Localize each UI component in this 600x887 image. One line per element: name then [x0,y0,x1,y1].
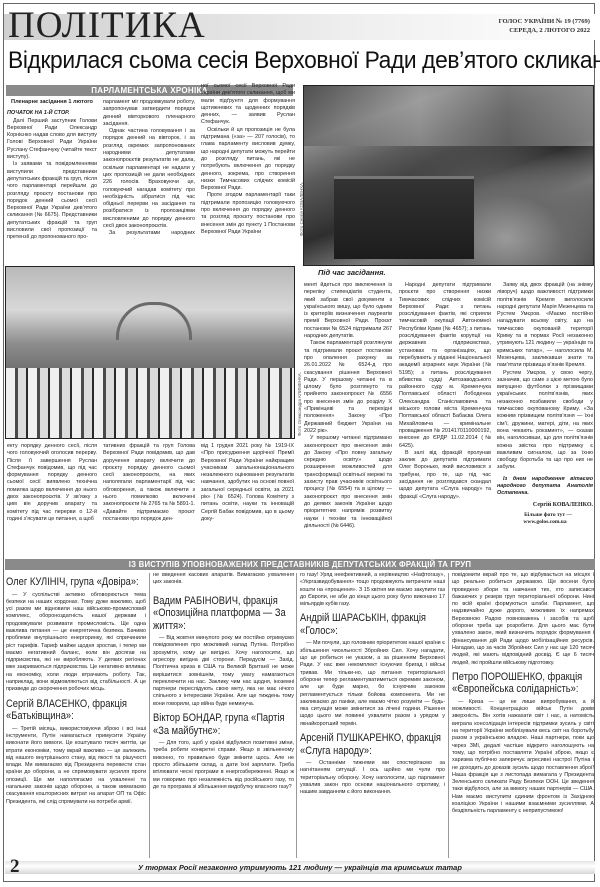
article-column-2: парламент міг продовжувати роботу, запро… [103,99,195,239]
photo-detail [6,368,295,438]
speaker-kulinich: Олег КУЛІНІЧ, група «Довіра»: [6,576,125,589]
photo-detail [116,302,192,340]
column-divider [448,573,449,858]
paragraph: тативних фракцій та груп Голова Верховно… [103,443,195,523]
dedication-note: Із днем народження вітаємо народного деп… [497,476,593,498]
paragraph: За результатами народних представників д… [103,230,195,239]
speech-text: — Криза — це не лише випробування, а й м… [452,699,594,816]
issue-date: СЕРЕДА, 2 ЛЮТОГО 2022 [499,26,591,35]
speech-text: — Від жовтня минулого року ми постійно о… [153,635,294,708]
column-divider [149,573,150,858]
photo-detail [334,176,474,259]
speech-column-4: повідомити вкрай про те, що відбувається… [452,572,594,859]
speech-text: — Третій місяць, використовуючи зброю і … [6,726,146,806]
paragraph: ної сьомої сесії Верховної Ради України … [201,83,295,127]
paragraph: Проте згодом парламентарії таки підтрима… [201,192,295,236]
issue-info: ГОЛОС УКРАЇНИ № 19 (7769) СЕРЕДА, 2 ЛЮТО… [499,17,591,35]
paragraph: Далі Перший заступник Голови Верховної Р… [7,118,97,162]
paragraph: Рустем Умєров, у свою чергу, зазначив, щ… [497,370,593,472]
paragraph: від 1 грудня 2021 року № 1919-IX «Про пр… [201,443,294,523]
paragraph: Оскільки й ця пропозиція не була підтрим… [201,127,295,193]
speech-text-head: го газу! Уряд неефективний, а керівництв… [300,572,445,608]
paragraph: Також парламентарії розглянули та підтри… [304,340,392,435]
speaker-sharaskin-name: Андрій ШАРАСЬКІН, фракція «Голос»: [300,612,426,637]
paragraph: Однак частина головування і за порядок д… [103,128,195,230]
article-column-e: Народні депутати підтримали проєкти про … [399,282,491,555]
speaker-pushkarenko-name: Арсеній ПУШКАРЕНКО, фракція «Слуга народ… [300,732,441,757]
speech-column-2: не введення касових апаратів. Вимагаємо … [153,572,294,859]
speaker-pushkarenko: Арсеній ПУШКАРЕНКО, фракція «Слуга народ… [300,732,445,757]
article-column-d: менті йдеться про виключення із переліку… [304,282,392,555]
photo-credit-top: Фото Сергія КОВАЛЕНКА. [299,182,304,236]
paragraph: парламент міг продовжувати роботу, запро… [103,99,195,128]
speaker-poroshenko: Петро ПОРОШЕНКО, фракція «Європейська со… [452,671,594,696]
speech-text-head: повідомити вкрай про те, що відбувається… [452,572,594,667]
newspaper-issue: ГОЛОС УКРАЇНИ № 19 (7769) [499,17,591,26]
speech-column-1: Олег КУЛІНІЧ, група «Довіра»: — У суспіл… [6,572,146,859]
continued-note: ПОЧАТОК НА 1-Й СТОР. [7,110,97,117]
speaker-sharaskin: Андрій ШАРАСЬКІН, фракція «Голос»: [300,612,445,637]
rubric-faction-speeches: ІЗ ВИСТУПІВ УПОВНОВАЖЕНИХ ПРЕДСТАВНИКІВ … [5,559,595,570]
speech-text-tail: не введення касових апаратів. Вимагаємо … [153,572,294,587]
speech-text: — Ми почули, що головним пріоритетом наш… [300,640,445,728]
speech-text: — Для того, щоб у країні відбулися позит… [153,740,294,791]
photo-session-hall [303,85,594,266]
photo-caption: Під час засідання. [318,268,386,277]
article-column-f: Заяву від двох фракцій (на знімку лівору… [497,282,593,555]
speaker-poroshenko-name: Петро ПОРОШЕНКО, фракція «Європейська со… [452,671,582,696]
speaker-bondar: Віктор БОНДАР, група «Партія «За майбутн… [153,712,294,737]
speaker-vlasenko-name: Сергій ВЛАСЕНКО, фракція «Батьківщина»: [6,698,127,723]
article-column-a: екту порядку денного сесії, після чого г… [7,443,97,555]
paragraph: В залі від фракцій пролунав заклик до де… [399,450,491,501]
paragraph: Народні депутати підтримали проєкти про … [399,282,491,450]
photo-credit-bottom: Фото Олександра КЛИМЕНКА. [297,372,302,436]
more-photos-link[interactable]: Більше фото тут — www.golos.com.ua [497,512,593,527]
photo-deputies-group [5,266,295,439]
footer-tagline: У тюрмах Росії незаконно утримують 121 л… [0,863,600,872]
paragraph: менті йдеться про виключення із переліку… [304,282,392,340]
speech-text: — Останніми тижнями ми спостерігаємо за … [300,760,445,796]
page-headline: Відкрилася сьома сесія Верховної Ради де… [8,47,557,75]
article-author: Сергій КОВАЛЕНКО. [497,502,593,509]
article-subhead: Пленарне засідання 1 лютого [7,99,97,106]
paragraph: екту порядку денного сесії, після чого г… [7,443,97,523]
speaker-vlasenko: Сергій ВЛАСЕНКО, фракція «Батьківщина»: [6,698,146,723]
paragraph: Заяву від двох фракцій (на знімку лівору… [497,282,593,370]
paragraph: У першому читанні підтримано законопроєк… [304,435,392,530]
speaker-rabinovych: Вадим РАБІНОВИЧ, фракція «Опозиційна пла… [153,595,294,633]
article-column-c: від 1 грудня 2021 року № 1919-IX «Про пр… [201,443,294,555]
paragraph: Із заявами та повідомленнями виступили п… [7,161,97,239]
article-column-b: тативних фракцій та груп Голова Верховно… [103,443,195,555]
photo-detail [304,86,594,146]
speech-column-3: го газу! Уряд неефективний, а керівництв… [300,572,445,859]
article-column-3: ної сьомої сесії Верховної Ради України … [201,83,295,239]
speech-text: — У суспільстві активно обговорюється те… [6,592,146,694]
speaker-bondar-name: Віктор БОНДАР, група «Партія «За майбутн… [153,712,285,737]
article-column-1: Пленарне засідання 1 лютого ПОЧАТОК НА 1… [7,99,97,239]
column-divider [296,573,297,858]
speaker-rabinovych-name: Вадим РАБІНОВИЧ, фракція «Опозиційна пла… [153,595,286,632]
section-title: ПОЛІТИКА [8,7,206,44]
